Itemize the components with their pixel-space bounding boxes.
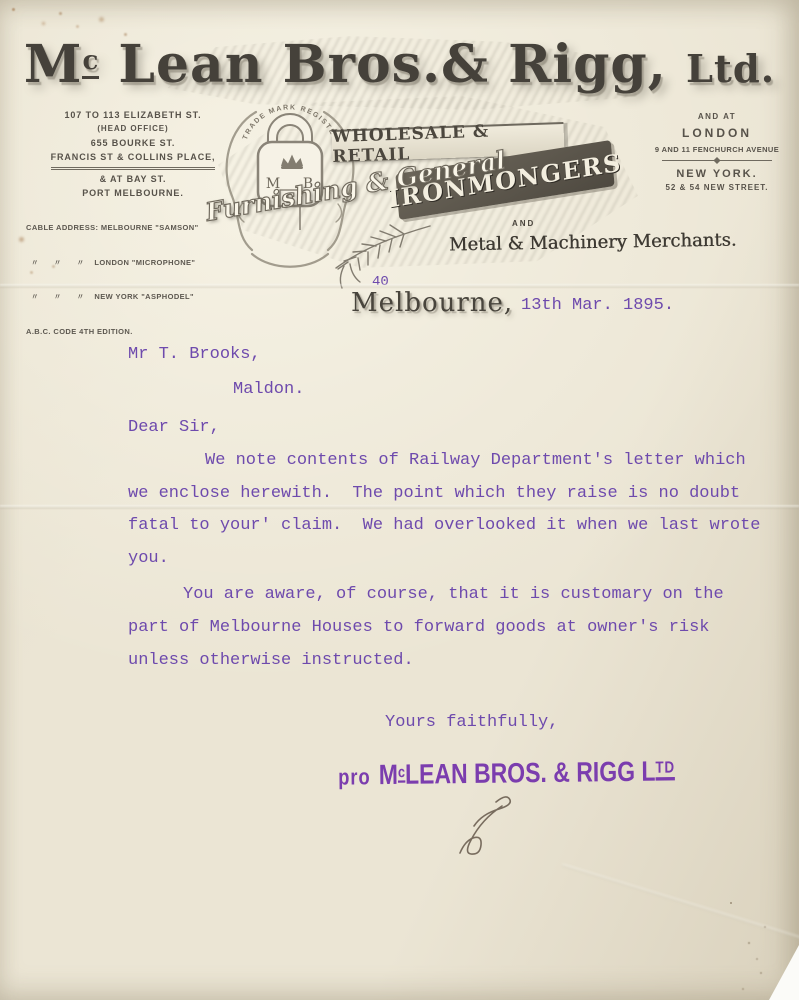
new-york-label: NEW YORK.: [642, 168, 792, 180]
para1-line4: you.: [128, 549, 169, 568]
address-line: & AT BAY ST.: [32, 172, 234, 186]
fold-crease-diagonal: [562, 864, 799, 952]
dateline-date: 13th Mar. 1895.: [521, 296, 674, 315]
salutation-line: Dear Sir,: [128, 418, 220, 437]
locality-line: Maldon.: [233, 380, 304, 399]
closing-line: Yours faithfully,: [385, 713, 558, 732]
para2-line2: part of Melbourne Houses to forward good…: [128, 618, 710, 637]
signature-initials: [436, 794, 526, 860]
para2-line3: unless otherwise instructed.: [128, 651, 414, 670]
company-stamp: proMcLEAN BROS. & RIGG LTD: [338, 756, 675, 793]
stamp-pro: pro: [338, 765, 371, 790]
title-rigg: Rigg,: [489, 34, 686, 95]
merchants-line: Metal & Machinery Merchants.: [449, 229, 737, 255]
para1-line1: We note contents of Railway Department's…: [205, 451, 746, 470]
foxing-stains: [12, 8, 15, 11]
address-divider: [662, 156, 772, 165]
and-label: AND: [512, 219, 535, 228]
address-line: FRANCIS ST & COLLINS PLACE,: [51, 150, 216, 170]
letter-scan: Mc Lean Bros.& Rigg, Ltd. 107 TO 113 ELI…: [0, 0, 799, 1000]
title-ltd: Ltd.: [686, 47, 775, 92]
stamp-superscript-td: TD: [655, 760, 675, 782]
fold-crease: [0, 505, 799, 509]
address-line: 107 TO 113 ELIZABETH ST.: [32, 108, 234, 122]
london-label: LONDON: [642, 126, 792, 140]
and-at-label: AND AT: [642, 112, 792, 121]
new-street-line: 52 & 54 NEW STREET.: [642, 183, 792, 192]
para2-line1: You are aware, of course, that it is cus…: [183, 585, 724, 604]
right-address-block: AND AT LONDON 9 AND 11 FENCHURCH AVENUE …: [642, 112, 792, 192]
fenchurch-line: 9 AND 11 FENCHURCH AVENUE: [642, 145, 792, 154]
stamp-rest: LEAN BROS. & RIGG L: [405, 756, 656, 791]
recipient-line: Mr T. Brooks,: [128, 345, 261, 364]
cable-line: A.B.C. CODE 4TH EDITION.: [26, 326, 256, 338]
stamp-m: M: [379, 759, 398, 791]
crown-base: [281, 166, 303, 169]
title-ampersand: &: [441, 34, 489, 95]
ink-specks: [730, 902, 732, 904]
scan-corner: [769, 945, 799, 1000]
para1-line3: fatal to your' claim. We had overlooked …: [128, 516, 761, 535]
title-m: M: [24, 34, 83, 95]
company-title: Mc Lean Bros.& Rigg, Ltd.: [0, 34, 799, 95]
para1-line2: we enclose herewith. The point which the…: [128, 484, 740, 503]
dateline-city: Melbourne,: [351, 288, 513, 318]
address-line: 655 BOURKE ST.: [32, 136, 234, 150]
left-address-block: 107 TO 113 ELIZABETH ST. (HEAD OFFICE) 6…: [32, 108, 234, 200]
address-line: (HEAD OFFICE): [32, 122, 234, 136]
title-superscript-c: c: [82, 46, 99, 79]
